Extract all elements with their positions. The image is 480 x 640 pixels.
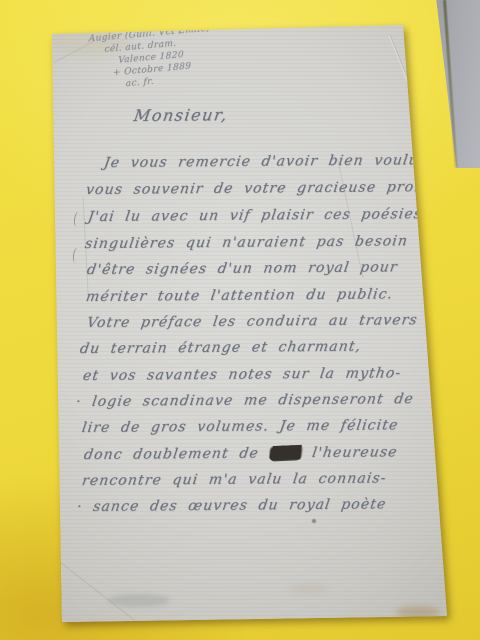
letter-line: donc doublement de ███ l'heureuse: [83, 444, 399, 463]
letter-line: Votre préface les conduira au travers: [86, 312, 419, 331]
letter-line: vous souvenir de votre gracieuse promess…: [85, 179, 471, 198]
photo-of-letter: Augier (Guill. Vct Emile) cél. aut. dram…: [0, 0, 480, 640]
letter-line: singulières qui n'auraient pas besoin: [84, 233, 409, 252]
letter-line: Je vous remercie d'avoir bien voulu: [103, 152, 420, 171]
letter-line: du terrain étrange et charmant,: [79, 339, 363, 357]
salutation: Monsieur,: [133, 105, 230, 125]
letter-paper: Augier (Guill. Vct Emile) cél. aut. dram…: [0, 0, 480, 640]
letter-line: rencontre qui m'a valu la connais-: [81, 470, 388, 489]
letter-line: J'ai lu avec un vif plaisir ces poésies: [87, 206, 423, 225]
letter-line: et vos savantes notes sur la mytho-: [82, 365, 403, 384]
letter-line: · logie scandinave me dispenseront de: [75, 391, 415, 410]
letter-line: mériter toute l'attention du public.: [85, 286, 394, 305]
pencil-annotation: Augier (Guill. Vct Emile) cél. aut. dram…: [88, 23, 211, 94]
letter-line: · sance des œuvres du royal poète: [76, 496, 388, 515]
letter-line: d'être signées d'un nom royal pour: [86, 259, 399, 278]
letter-line: lire de gros volumes. Je me félicite: [81, 417, 400, 436]
letter-line-text: donc doublement de: [83, 445, 271, 463]
ink-scribble: ███: [269, 446, 301, 461]
letter-line-text: l'heureuse: [301, 444, 399, 461]
paper-sheet: Augier (Guill. Vct Emile) cél. aut. dram…: [0, 0, 480, 640]
